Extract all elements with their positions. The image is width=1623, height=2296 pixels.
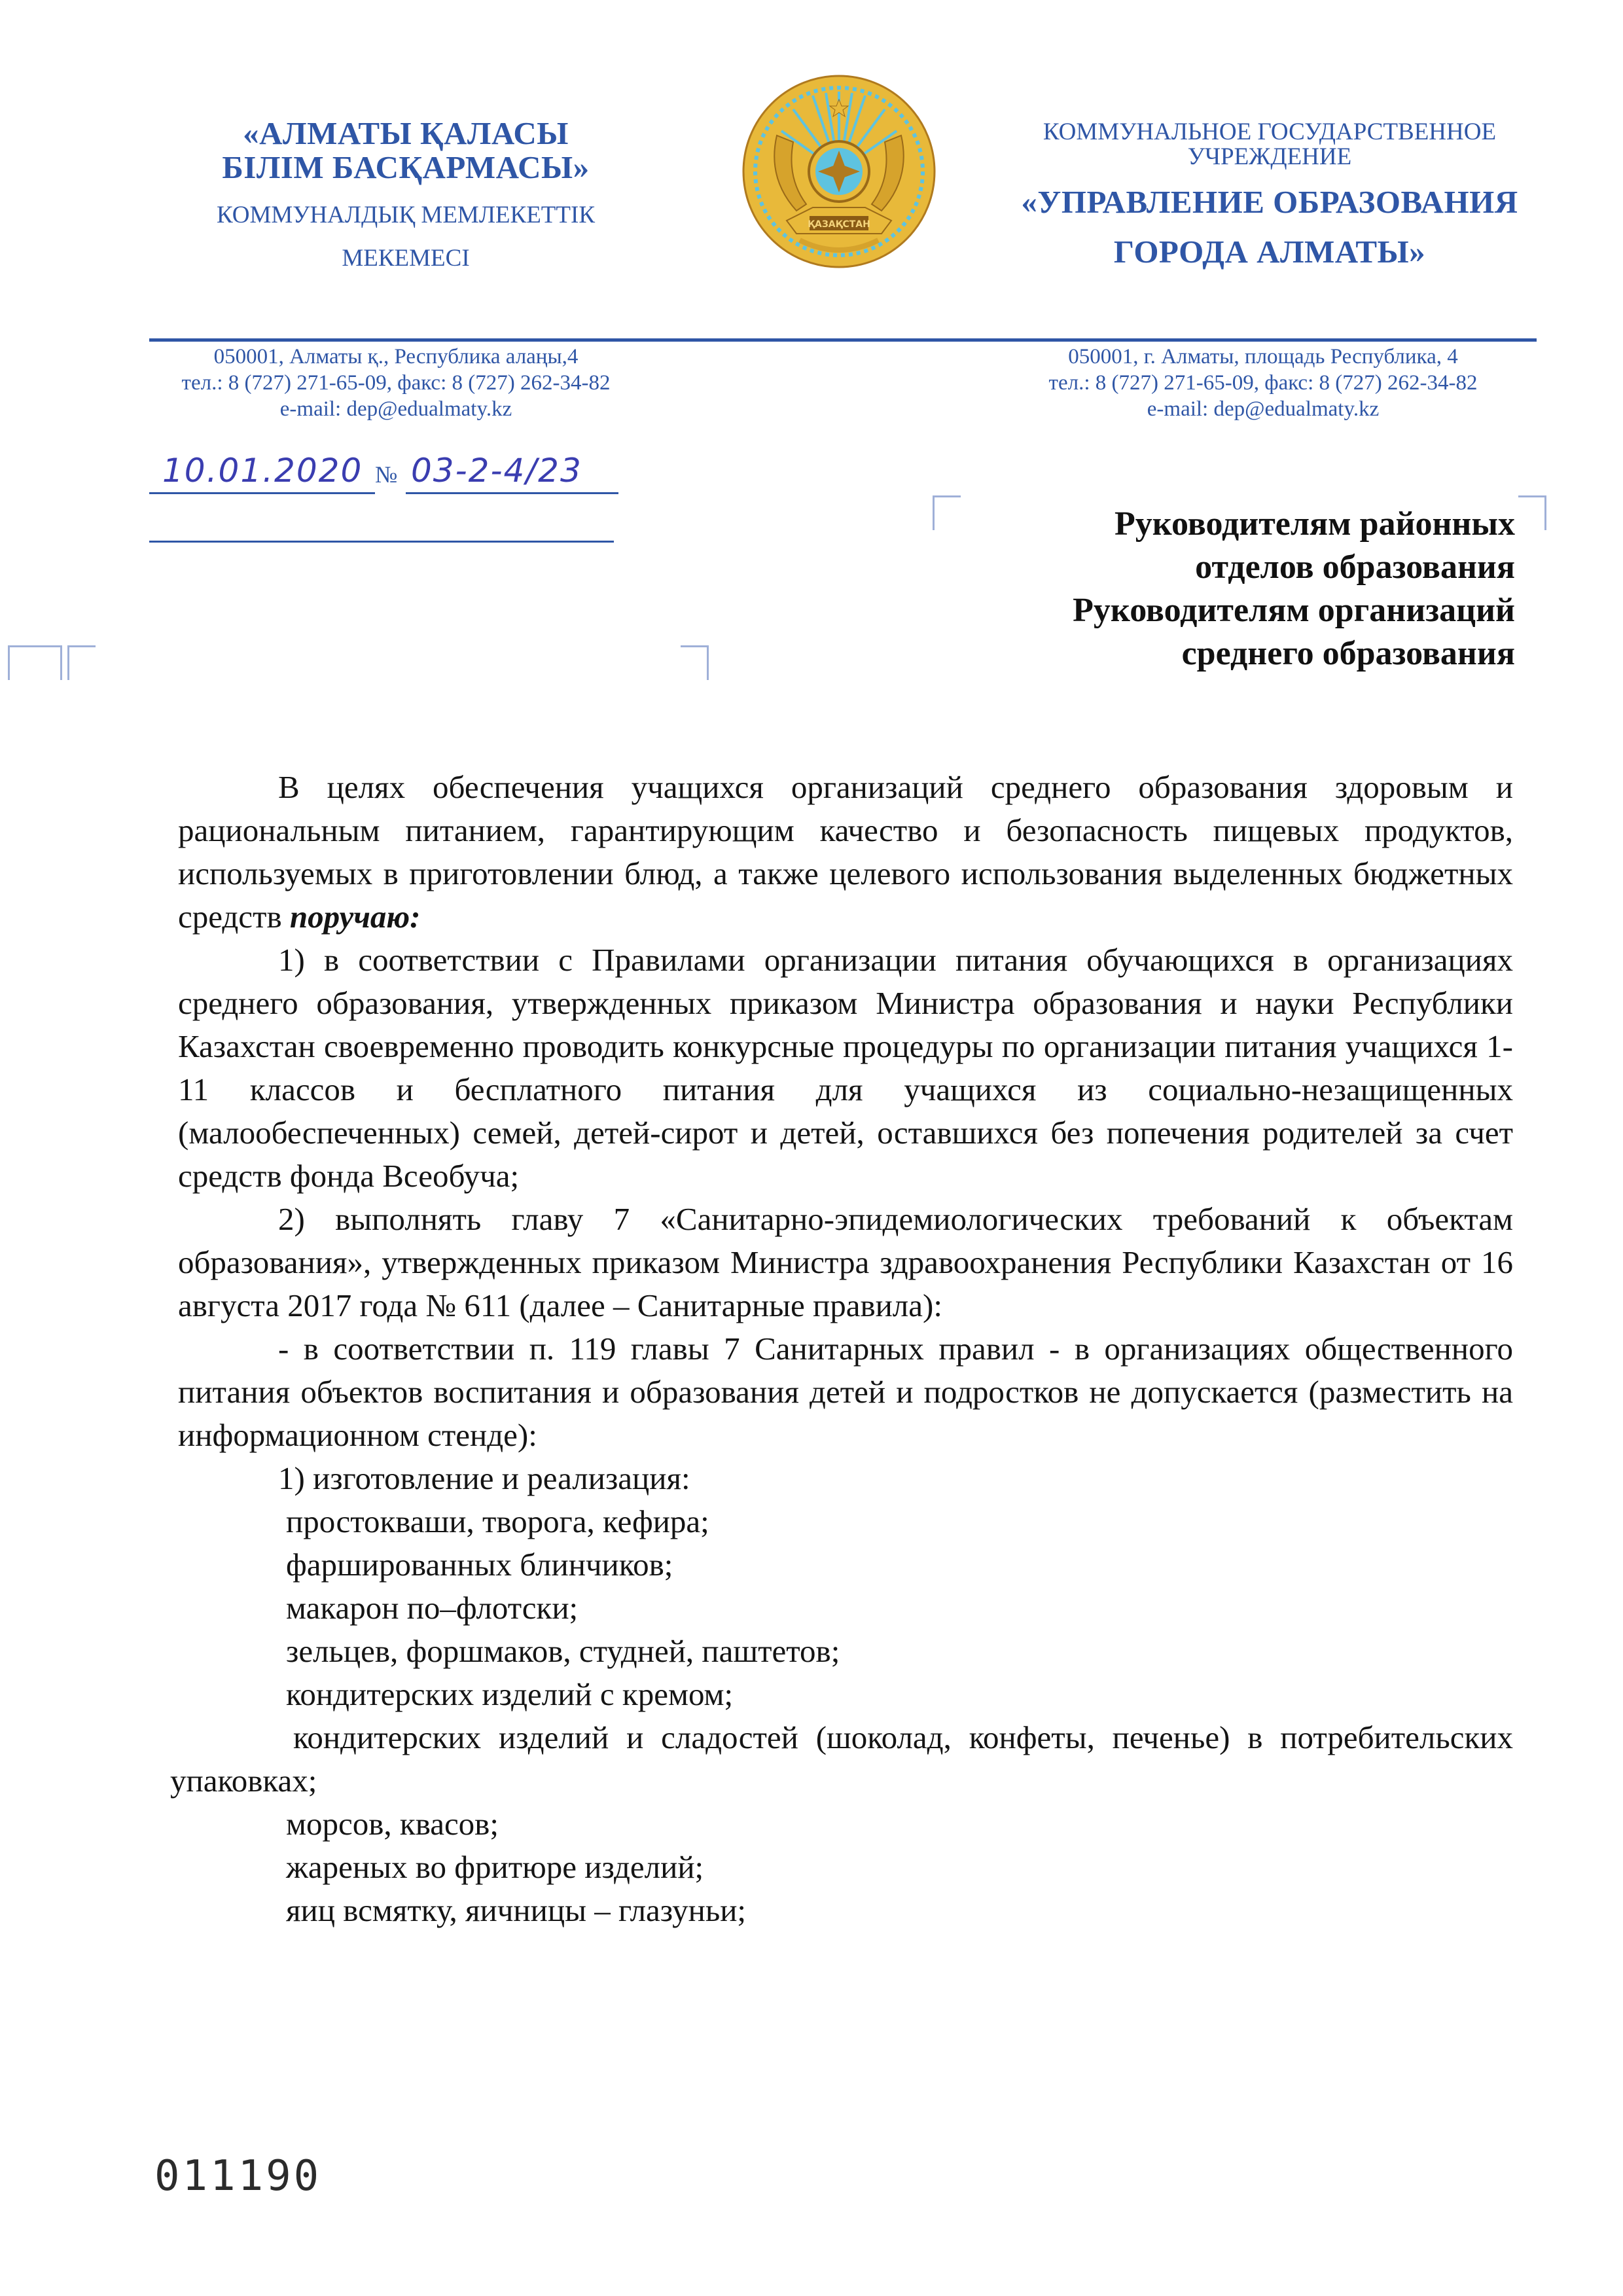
org-name-ru-line1: «УПРАВЛЕНИЕ ОБРАЗОВАНИЯ — [1001, 185, 1538, 219]
letterhead-kazakh: «АЛМАТЫ ҚАЛАСЫ БІЛІМ БАСҚАРМАСЫ» КОММУНА… — [131, 117, 681, 271]
list-item: фаршированных блинчиков; — [178, 1543, 1513, 1587]
point-2-paragraph: 2) выполнять главу 7 «Санитарно-эпидемио… — [178, 1198, 1513, 1327]
list-item: макарон по–флотски; — [178, 1587, 1513, 1630]
corner-mark — [8, 645, 36, 680]
org-type-kz-line1: КОММУНАЛДЫҚ МЕМЛЕКЕТТІК — [131, 203, 681, 228]
phone-fax-line: тел.: 8 (727) 271-65-09, факс: 8 (727) 2… — [982, 370, 1544, 396]
kazakhstan-state-emblem-icon: ҚАЗАҚСТАН — [741, 73, 937, 270]
org-name-kz-line2: БІЛІМ БАСҚАРМАСЫ» — [131, 151, 681, 185]
point-1-paragraph: 1) в соответствии с Правилами организаци… — [178, 939, 1513, 1198]
corner-mark — [681, 645, 709, 680]
address-line: 050001, Алматы қ., Республика алаңы,4 — [137, 344, 654, 370]
number-sign: № — [375, 461, 397, 488]
list-item: морсов, квасов; — [178, 1803, 1513, 1846]
letter-body: В целях обеспечения учащихся организаций… — [178, 766, 1513, 1932]
addressee-line: отделов образования — [949, 546, 1515, 589]
directive-word: поручаю: — [290, 899, 421, 935]
org-type-ru-line1: КОММУНАЛЬНОЕ ГОСУДАРСТВЕННОЕ — [1001, 120, 1538, 145]
registration-line: 10.01.2020 № 03-2-4/23 — [149, 452, 614, 497]
reference-underline — [149, 541, 614, 543]
handwritten-outgoing-number: 03-2-4/23 — [411, 452, 582, 490]
org-name-ru-line2: ГОРОДА АЛМАТЫ» — [1001, 235, 1538, 269]
addressee-line: Руководителям организаций — [949, 589, 1515, 632]
list-item: кондитерских изделий с кремом; — [178, 1673, 1513, 1716]
letterhead-divider — [149, 338, 1537, 342]
email-line: e-mail: dep@edualmaty.kz — [982, 396, 1544, 422]
addressee-block: Руководителям районных отделов образован… — [949, 503, 1515, 675]
list-item: яиц всмятку, яичницы – глазуньи; — [178, 1889, 1513, 1932]
subpoint-paragraph: - в соответствии п. 119 главы 7 Санитарн… — [178, 1327, 1513, 1457]
org-type-kz-line2: МЕКЕМЕСІ — [131, 246, 681, 271]
addressee-line: Руководителям районных — [949, 503, 1515, 546]
list-heading: 1) изготовление и реализация: — [178, 1457, 1513, 1500]
form-serial-number: 011190 — [154, 2152, 321, 2200]
address-block-kazakh: 050001, Алматы қ., Республика алаңы,4 те… — [137, 344, 654, 422]
phone-fax-line: тел.: 8 (727) 271-65-09, факс: 8 (727) 2… — [137, 370, 654, 396]
date-underline — [149, 492, 375, 494]
addressee-line: среднего образования — [949, 632, 1515, 675]
number-underline — [406, 492, 618, 494]
address-line: 050001, г. Алматы, площадь Республика, 4 — [982, 344, 1544, 370]
handwritten-date: 10.01.2020 — [162, 452, 363, 490]
list-item: простокваши, творога, кефира; — [178, 1500, 1513, 1543]
list-item: жареных во фритюре изделий; — [178, 1846, 1513, 1889]
intro-paragraph: В целях обеспечения учащихся организаций… — [178, 766, 1513, 939]
corner-mark — [1518, 495, 1546, 530]
letterhead-russian: КОММУНАЛЬНОЕ ГОСУДАРСТВЕННОЕ УЧРЕЖДЕНИЕ … — [1001, 120, 1538, 269]
list-item: кондитерских изделий и сладостей (шокола… — [170, 1716, 1513, 1803]
address-block-russian: 050001, г. Алматы, площадь Республика, 4… — [982, 344, 1544, 422]
list-item: зельцев, форшмаков, студней, паштетов; — [178, 1630, 1513, 1673]
org-name-kz-line1: «АЛМАТЫ ҚАЛАСЫ — [131, 117, 681, 151]
corner-mark — [67, 645, 96, 680]
svg-text:ҚАЗАҚСТАН: ҚАЗАҚСТАН — [808, 219, 870, 230]
corner-mark — [34, 645, 62, 680]
email-line: e-mail: dep@edualmaty.kz — [137, 396, 654, 422]
org-type-ru-line2: УЧРЕЖДЕНИЕ — [1001, 145, 1538, 170]
